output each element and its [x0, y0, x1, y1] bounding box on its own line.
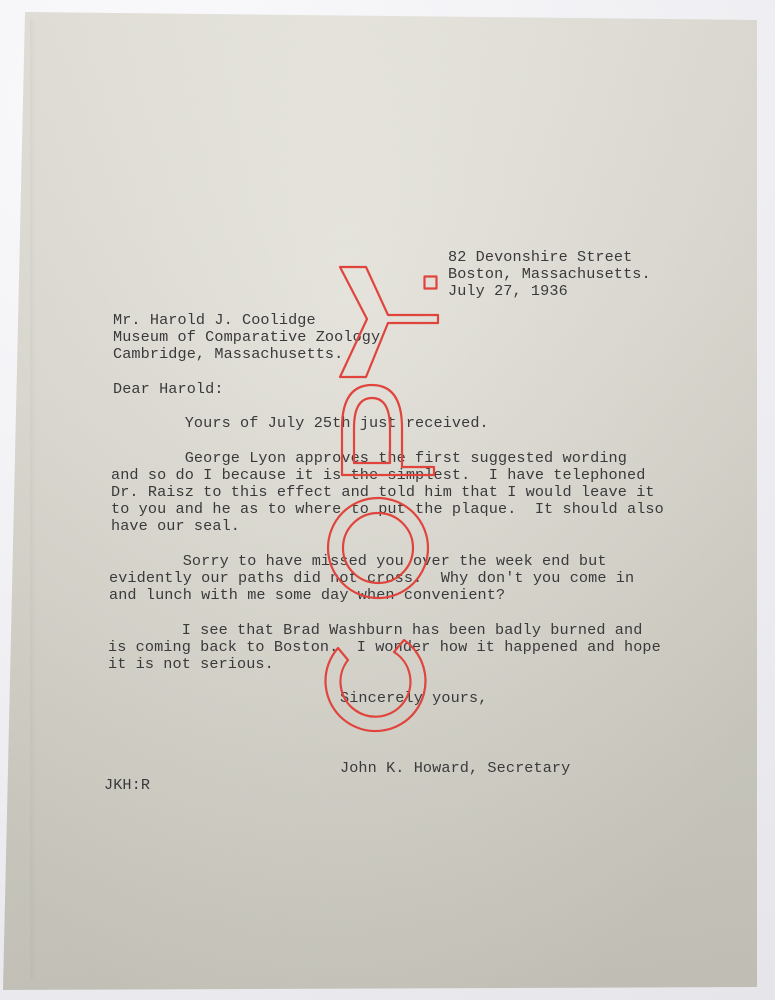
address-line-city: Boston, Massachusetts.	[448, 266, 651, 283]
letter-date: July 27, 1936	[448, 283, 568, 300]
address-line-street: 82 Devonshire Street	[448, 249, 632, 266]
body-line: is coming back to Boston. I wonder how i…	[108, 639, 661, 656]
body-line: Sorry to have missed you over the week e…	[109, 553, 607, 570]
signature: John K. Howard, Secretary	[340, 760, 570, 777]
body-line: have our seal.	[111, 518, 240, 535]
body-line: and so do I because it is the simplest. …	[111, 467, 645, 484]
body-line: I see that Brad Washburn has been badly …	[108, 622, 642, 639]
recipient-city: Cambridge, Massachusetts.	[113, 346, 343, 363]
body-line: evidently our paths did not cross. Why d…	[109, 570, 634, 587]
recipient-institution: Museum of Comparative Zoology	[113, 329, 380, 346]
reference-initials: JKH:R	[104, 777, 150, 794]
paper-shading	[30, 20, 36, 980]
body-line: Dr. Raisz to this effect and told him th…	[111, 484, 655, 501]
body-line: it is not serious.	[108, 656, 274, 673]
salutation: Dear Harold:	[113, 381, 224, 398]
recipient-name: Mr. Harold J. Coolidge	[113, 312, 316, 329]
body-line: to you and he as to where to put the pla…	[111, 501, 664, 518]
body-line: Yours of July 25th just received.	[111, 415, 489, 432]
closing: Sincerely yours,	[340, 690, 487, 707]
body-line: George Lyon approves the first suggested…	[111, 450, 627, 467]
body-line: and lunch with me some day when convenie…	[109, 587, 505, 604]
